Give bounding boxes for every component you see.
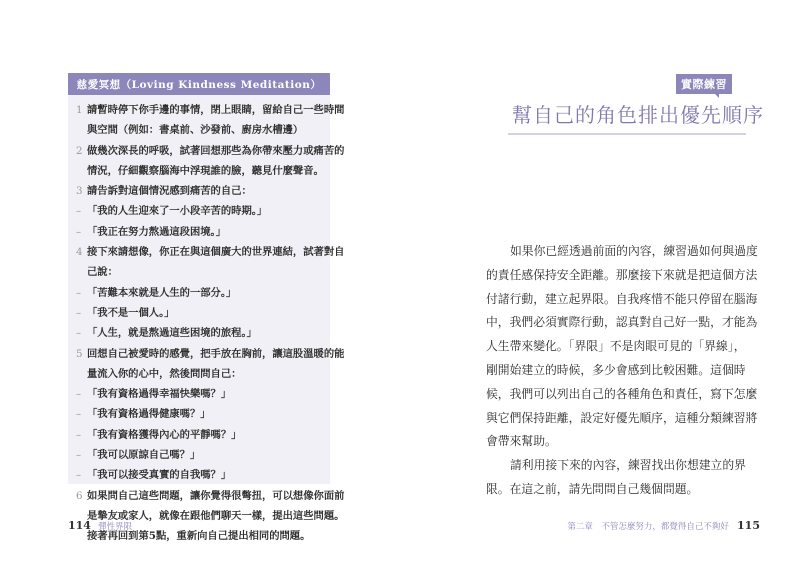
right-folio: 第二章 不管怎麼努力，都覺得自己不夠好 115: [567, 519, 760, 532]
line-text: 「我不是一個人。」: [87, 307, 175, 319]
dash-marker: –: [76, 465, 87, 485]
line-text: 「我的人生迎來了一小段辛苦的時期。」: [87, 205, 267, 217]
list-line: –「人生，就是熬過這些困境的旅程。」: [76, 323, 322, 343]
line-text: 如果問自己這些問題，讓你覺得很彆扭，可以想像你面前: [87, 490, 344, 502]
line-text: 接著再回到第5點，重新向自己提出相同的問題。: [87, 530, 310, 542]
box-body: 1請暫時停下你手邊的事情，閉上眼睛，留給自己一些時間與空間（例如：書桌前、沙發前…: [68, 95, 330, 547]
dash-marker: –: [76, 445, 87, 465]
list-line: –「苦難本來就是人生的一部分。」: [76, 283, 322, 303]
speech-tail-icon: [712, 91, 719, 98]
line-text: 「我正在努力熬過這段困境。」: [87, 226, 226, 238]
practice-tag: 實際練習: [676, 74, 732, 94]
dash-marker: –: [76, 283, 87, 303]
line-text: 做幾次深長的呼吸，試著回想那些為你帶來壓力或痛苦的: [87, 145, 344, 157]
box-header: 慈愛冥想（Loving Kindness Meditation）: [68, 73, 330, 95]
step-number: 3: [76, 181, 87, 201]
line-text: 與空間（例如：書桌前、沙發前、廚房水槽邊）: [87, 124, 303, 136]
title-divider: [508, 133, 746, 135]
step-number: 5: [76, 344, 87, 364]
paragraph-line: 中，我們必須實際行動，認真對自己好一點，才能為: [486, 311, 746, 335]
list-line: –「我有資格獲得內心的平靜嗎？」: [76, 425, 322, 445]
paragraph-line: 會帶來幫助。: [486, 430, 746, 454]
right-page: 實際練習 幫自己的角色排出優先順序 如果你已經透過前面的內容，練習過如何與過度的…: [400, 0, 800, 567]
list-line: –「我不是一個人。」: [76, 303, 322, 323]
body-paragraph-1: 如果你已經透過前面的內容，練習過如何與過度的責任感保持安全距離。那麼接下來就是把…: [486, 240, 746, 454]
list-line: 情況，仔細觀察腦海中浮現誰的臉，聽見什麼聲音。: [76, 161, 322, 181]
left-folio: 114 彈性界限: [68, 519, 132, 532]
dash-marker: –: [76, 323, 87, 343]
dash-marker: –: [76, 222, 87, 242]
list-line: 5回想自己被愛時的感覺，把手放在胸前，讓這股溫暖的能: [76, 344, 322, 364]
list-line: –「我的人生迎來了一小段辛苦的時期。」: [76, 201, 322, 221]
line-text: 請暫時停下你手邊的事情，閉上眼睛，留給自己一些時間: [87, 104, 344, 116]
line-text: 情況，仔細觀察腦海中浮現誰的臉，聽見什麼聲音。: [87, 165, 324, 177]
paragraph-line: 與它們保持距離，設定好優先順序，這種分類練習將: [486, 407, 746, 431]
paragraph-line: 的責任感保持安全距離。那麼接下來就是把這個方法: [486, 264, 746, 288]
list-line: 與空間（例如：書桌前、沙發前、廚房水槽邊）: [76, 120, 322, 140]
line-text: 接下來請想像，你正在與這個廣大的世界連結，試著對自: [87, 246, 344, 258]
list-line: –「我正在努力熬過這段困境。」: [76, 222, 322, 242]
left-page: 慈愛冥想（Loving Kindness Meditation） 1請暫時停下你…: [0, 0, 400, 567]
line-text: 己說：: [87, 266, 118, 278]
step-number: 4: [76, 242, 87, 262]
paragraph-line: 候，我們可以列出自己的各種角色和責任，寫下怎麼: [486, 383, 746, 407]
page-number: 114: [68, 519, 91, 532]
paragraph-line: 如果你已經透過前面的內容，練習過如何與過度: [486, 240, 746, 264]
paragraph-line: 請利用接下來的內容，練習找出你想建立的界: [486, 454, 746, 478]
paragraph-line: 剛開始建立的時候，多少會感到比較困難。這個時: [486, 359, 746, 383]
line-text: 「我有資格獲得內心的平靜嗎？」: [87, 429, 241, 441]
line-text: 「我有資格過得幸福快樂嗎？」: [87, 388, 231, 400]
book-title: 彈性界限: [98, 522, 132, 532]
dash-marker: –: [76, 303, 87, 323]
list-line: 6如果問自己這些問題，讓你覺得很彆扭，可以想像你面前: [76, 486, 322, 506]
paragraph-line: 付諸行動，建立起界限。自我疼惜不能只停留在腦海: [486, 288, 746, 312]
step-number: 2: [76, 141, 87, 161]
meditation-box: 慈愛冥想（Loving Kindness Meditation） 1請暫時停下你…: [68, 73, 330, 484]
body-paragraph-2: 請利用接下來的內容，練習找出你想建立的界限。在這之前，請先問問自己幾個問題。: [486, 454, 746, 502]
list-line: 2做幾次深長的呼吸，試著回想那些為你帶來壓力或痛苦的: [76, 141, 322, 161]
step-number: 1: [76, 100, 87, 120]
list-line: 量流入你的心中，然後問問自己：: [76, 364, 322, 384]
line-text: 「我有資格過得健康嗎？」: [87, 408, 211, 420]
dash-marker: –: [76, 425, 87, 445]
line-text: 量流入你的心中，然後問問自己：: [87, 368, 241, 380]
line-text: 請告訴對這個情況感到痛苦的自己：: [87, 185, 252, 197]
chapter-title: 第二章 不管怎麼努力，都覺得自己不夠好: [567, 522, 729, 532]
line-text: 「我可以原諒自己嗎？」: [87, 449, 200, 461]
section-title: 幫自己的角色排出優先順序: [512, 99, 764, 128]
paragraph-line: 人生帶來變化。「界限」不是肉眼可見的「界線」，: [486, 335, 746, 359]
list-line: –「我可以接受真實的自我嗎？」: [76, 465, 322, 485]
list-line: 3請告訴對這個情況感到痛苦的自己：: [76, 181, 322, 201]
list-line: 1請暫時停下你手邊的事情，閉上眼睛，留給自己一些時間: [76, 100, 322, 120]
page-number: 115: [737, 519, 760, 532]
line-text: 「人生，就是熬過這些困境的旅程。」: [87, 327, 257, 339]
paragraph-line: 限。在這之前，請先問問自己幾個問題。: [486, 478, 746, 502]
dash-marker: –: [76, 201, 87, 221]
list-line: 己說：: [76, 262, 322, 282]
dash-marker: –: [76, 404, 87, 424]
line-text: 「苦難本來就是人生的一部分。」: [87, 287, 236, 299]
list-line: 4接下來請想像，你正在與這個廣大的世界連結，試著對自: [76, 242, 322, 262]
list-line: –「我有資格過得健康嗎？」: [76, 404, 322, 424]
line-text: 回想自己被愛時的感覺，把手放在胸前，讓這股溫暖的能: [87, 348, 344, 360]
list-line: –「我有資格過得幸福快樂嗎？」: [76, 384, 322, 404]
list-line: –「我可以原諒自己嗎？」: [76, 445, 322, 465]
step-number: 6: [76, 486, 87, 506]
dash-marker: –: [76, 384, 87, 404]
line-text: 「我可以接受真實的自我嗎？」: [87, 469, 231, 481]
